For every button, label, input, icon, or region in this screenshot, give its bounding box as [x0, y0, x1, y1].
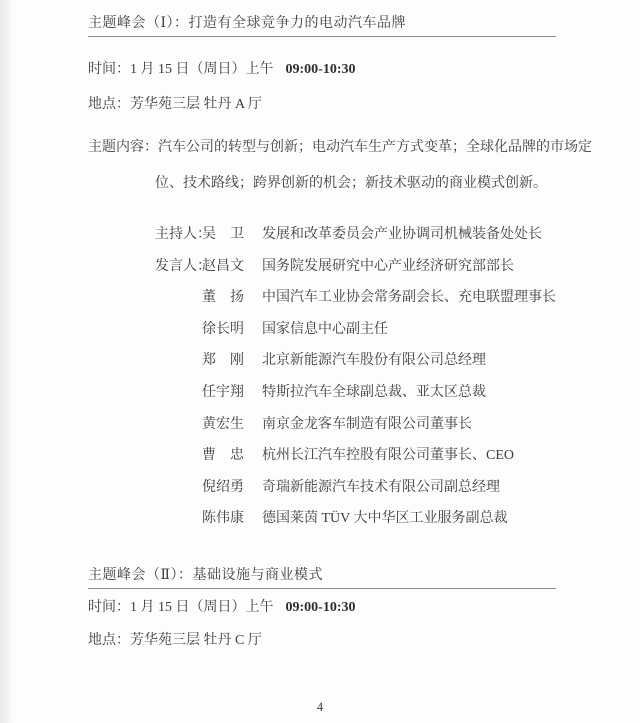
place-value: 芳华苑三层 牡丹 A 厅	[130, 97, 262, 112]
topic-text-line1: 汽车公司的转型与创新；电动汽车生产方式变革；全球化品牌的市场定	[158, 140, 592, 155]
speaker-row: 发言人： 赵昌文 国务院发展研究中心产业经济研究部部长	[155, 251, 585, 283]
speaker-role-label: 发言人：	[155, 251, 202, 283]
time-range: 09:00-10:30	[286, 62, 356, 77]
speaker-name: 吴 卫	[202, 219, 262, 251]
section1-title: 主题峰会（Ⅰ）：打造有全球竞争力的电动汽车品牌	[88, 16, 556, 37]
speaker-name: 董 扬	[202, 282, 262, 314]
speaker-row: 董 扬 中国汽车工业协会常务副会长、充电联盟理事长	[155, 282, 585, 314]
speaker-row: 郑 刚 北京新能源汽车股份有限公司总经理	[155, 345, 585, 377]
time-label: 时间：	[88, 600, 130, 615]
speaker-title: 发展和改革委员会产业协调司机械装备处处长	[262, 219, 585, 251]
speaker-role-label	[155, 472, 202, 504]
topic-text-line2: 位、技术路线；跨界创新的机会；新技术驱动的商业模式创新。	[155, 176, 547, 191]
speaker-name: 郑 刚	[202, 345, 262, 377]
speaker-role-label	[155, 503, 202, 535]
speaker-role-label	[155, 409, 202, 441]
section1-time-line: 时间：1 月 15 日（周日）上午09:00-10:30	[88, 62, 356, 78]
speaker-title: 南京金龙客车制造有限公司董事长	[262, 409, 585, 441]
topic-label: 主题内容：	[88, 140, 158, 155]
speaker-role-label	[155, 440, 202, 472]
speaker-name: 徐长明	[202, 314, 262, 346]
place-label: 地点：	[88, 633, 130, 648]
speaker-name: 陈伟康	[202, 503, 262, 535]
speaker-row: 倪绍勇 奇瑞新能源汽车技术有限公司副总经理	[155, 472, 585, 504]
place-value: 芳华苑三层 牡丹 C 厅	[130, 633, 262, 648]
section2-title: 主题峰会（Ⅱ）：基础设施与商业模式	[88, 568, 556, 589]
section1-title-text: 主题峰会（Ⅰ）：打造有全球竞争力的电动汽车品牌	[88, 16, 406, 31]
page-number: 4	[0, 700, 640, 715]
speaker-role-label: 主持人：	[155, 219, 202, 251]
place-label: 地点：	[88, 97, 130, 112]
speaker-title: 奇瑞新能源汽车技术有限公司副总经理	[262, 472, 585, 504]
speaker-row: 任宇翔 特斯拉汽车全球副总裁、亚太区总裁	[155, 377, 585, 409]
speaker-role-label	[155, 282, 202, 314]
speaker-role-label	[155, 345, 202, 377]
speaker-title: 中国汽车工业协会常务副会长、充电联盟理事长	[262, 282, 585, 314]
speaker-title: 德国莱茵 TÜV 大中华区工业服务副总裁	[262, 503, 585, 535]
page-left-edge-shadow	[0, 0, 13, 723]
section1-topic-line1: 主题内容：汽车公司的转型与创新；电动汽车生产方式变革；全球化品牌的市场定	[88, 140, 592, 156]
speaker-row: 陈伟康 德国莱茵 TÜV 大中华区工业服务副总裁	[155, 503, 585, 535]
section2-place-line: 地点：芳华苑三层 牡丹 C 厅	[88, 633, 262, 649]
time-date: 1 月 15 日（周日）上午	[130, 62, 274, 77]
speaker-title: 特斯拉汽车全球副总裁、亚太区总裁	[262, 377, 585, 409]
speaker-title: 国务院发展研究中心产业经济研究部部长	[262, 251, 585, 283]
speaker-row: 徐长明 国家信息中心副主任	[155, 314, 585, 346]
speaker-name: 倪绍勇	[202, 472, 262, 504]
section1-place-line: 地点：芳华苑三层 牡丹 A 厅	[88, 97, 262, 113]
section1-speaker-list: 主持人： 吴 卫 发展和改革委员会产业协调司机械装备处处长 发言人： 赵昌文 国…	[155, 219, 585, 535]
section1-topic-line2: 位、技术路线；跨界创新的机会；新技术驱动的商业模式创新。	[155, 176, 547, 192]
speaker-row: 主持人： 吴 卫 发展和改革委员会产业协调司机械装备处处长	[155, 219, 585, 251]
time-date: 1 月 15 日（周日）上午	[130, 600, 274, 615]
speaker-name: 黄宏生	[202, 409, 262, 441]
time-label: 时间：	[88, 62, 130, 77]
speaker-role-label	[155, 377, 202, 409]
speaker-name: 曹 忠	[202, 440, 262, 472]
time-range: 09:00-10:30	[286, 600, 356, 615]
speaker-title: 国家信息中心副主任	[262, 314, 585, 346]
document-page: 主题峰会（Ⅰ）：打造有全球竞争力的电动汽车品牌 时间：1 月 15 日（周日）上…	[0, 0, 640, 723]
speaker-row: 曹 忠 杭州长江汽车控股有限公司董事长、CEO	[155, 440, 585, 472]
section2-title-text: 主题峰会（Ⅱ）：基础设施与商业模式	[88, 568, 323, 583]
speaker-title: 杭州长江汽车控股有限公司董事长、CEO	[262, 440, 585, 472]
speaker-name: 任宇翔	[202, 377, 262, 409]
speaker-row: 黄宏生 南京金龙客车制造有限公司董事长	[155, 409, 585, 441]
speaker-title: 北京新能源汽车股份有限公司总经理	[262, 345, 585, 377]
section2-time-line: 时间：1 月 15 日（周日）上午09:00-10:30	[88, 600, 356, 616]
speaker-name: 赵昌文	[202, 251, 262, 283]
speaker-role-label	[155, 314, 202, 346]
